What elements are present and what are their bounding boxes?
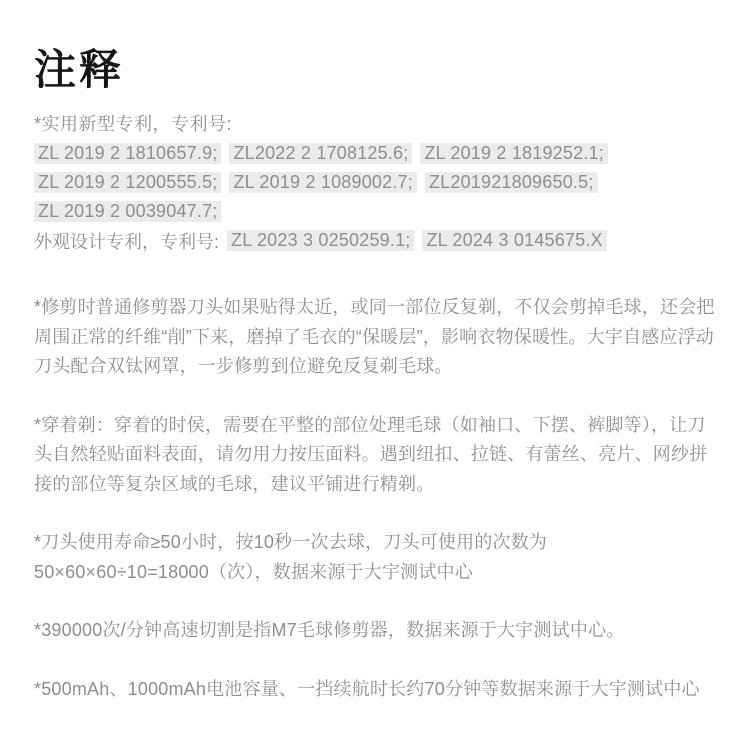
patent-row: ZL 2019 2 0039047.7;: [34, 197, 722, 226]
notes-page: 注释 *实用新型专利，专利号: ZL 2019 2 1810657.9;ZL20…: [0, 0, 750, 747]
patent-number-chip: ZL 2019 2 1810657.9;: [34, 143, 221, 164]
patent-number-chip: ZL 2019 2 0039047.7;: [34, 201, 221, 222]
patent-number-chip: ZL 2019 2 1089002.7;: [229, 172, 416, 193]
patent-section: *实用新型专利，专利号: ZL 2019 2 1810657.9;ZL2022 …: [34, 110, 722, 255]
patent-row: ZL 2019 2 1200555.5;ZL 2019 2 1089002.7;…: [34, 168, 722, 197]
note-paragraph: *500mAh、1000mAh电池容量、一挡续航时长约70分钟等数据来源于大宇测…: [34, 675, 722, 705]
note-paragraph: *穿着剃：穿着的时侯，需要在平整的部位处理毛球（如袖口、下摆、裤脚等），让刀头自…: [34, 411, 722, 500]
utility-patent-label: *实用新型专利，专利号:: [34, 110, 722, 139]
design-patent-row: 外观设计专利，专利号: ZL 2023 3 0250259.1;ZL 2024 …: [34, 226, 722, 255]
notes-list: *修剪时普通修剪器刀头如果贴得太近，或同一部位反复剃，不仅会剪掉毛球，还会把周围…: [34, 293, 722, 704]
patent-number-chip: ZL 2019 2 1819252.1;: [420, 143, 607, 164]
utility-patent-rows: ZL 2019 2 1810657.9;ZL2022 2 1708125.6;Z…: [34, 139, 722, 226]
patent-number-chip: ZL201921809650.5;: [425, 172, 598, 193]
patent-number-chip: ZL 2024 3 0145675.X: [422, 230, 606, 251]
patent-number-chip: ZL 2019 2 1200555.5;: [34, 172, 221, 193]
patent-row: ZL 2019 2 1810657.9;ZL2022 2 1708125.6;Z…: [34, 139, 722, 168]
note-paragraph: *刀头使用寿命≥50小时，按10秒一次去球，刀头可使用的次数为50×60×60÷…: [34, 528, 722, 587]
design-patent-numbers: ZL 2023 3 0250259.1;ZL 2024 3 0145675.X: [227, 230, 607, 251]
page-title: 注释: [34, 46, 722, 94]
note-paragraph: *修剪时普通修剪器刀头如果贴得太近，或同一部位反复剃，不仅会剪掉毛球，还会把周围…: [34, 293, 722, 382]
patent-number-chip: ZL2022 2 1708125.6;: [229, 143, 412, 164]
patent-number-chip: ZL 2023 3 0250259.1;: [227, 230, 414, 251]
note-paragraph: *390000次/分钟高速切割是指M7毛球修剪器，数据来源于大宇测试中心。: [34, 616, 722, 646]
design-patent-label: 外观设计专利，专利号:: [34, 228, 219, 254]
